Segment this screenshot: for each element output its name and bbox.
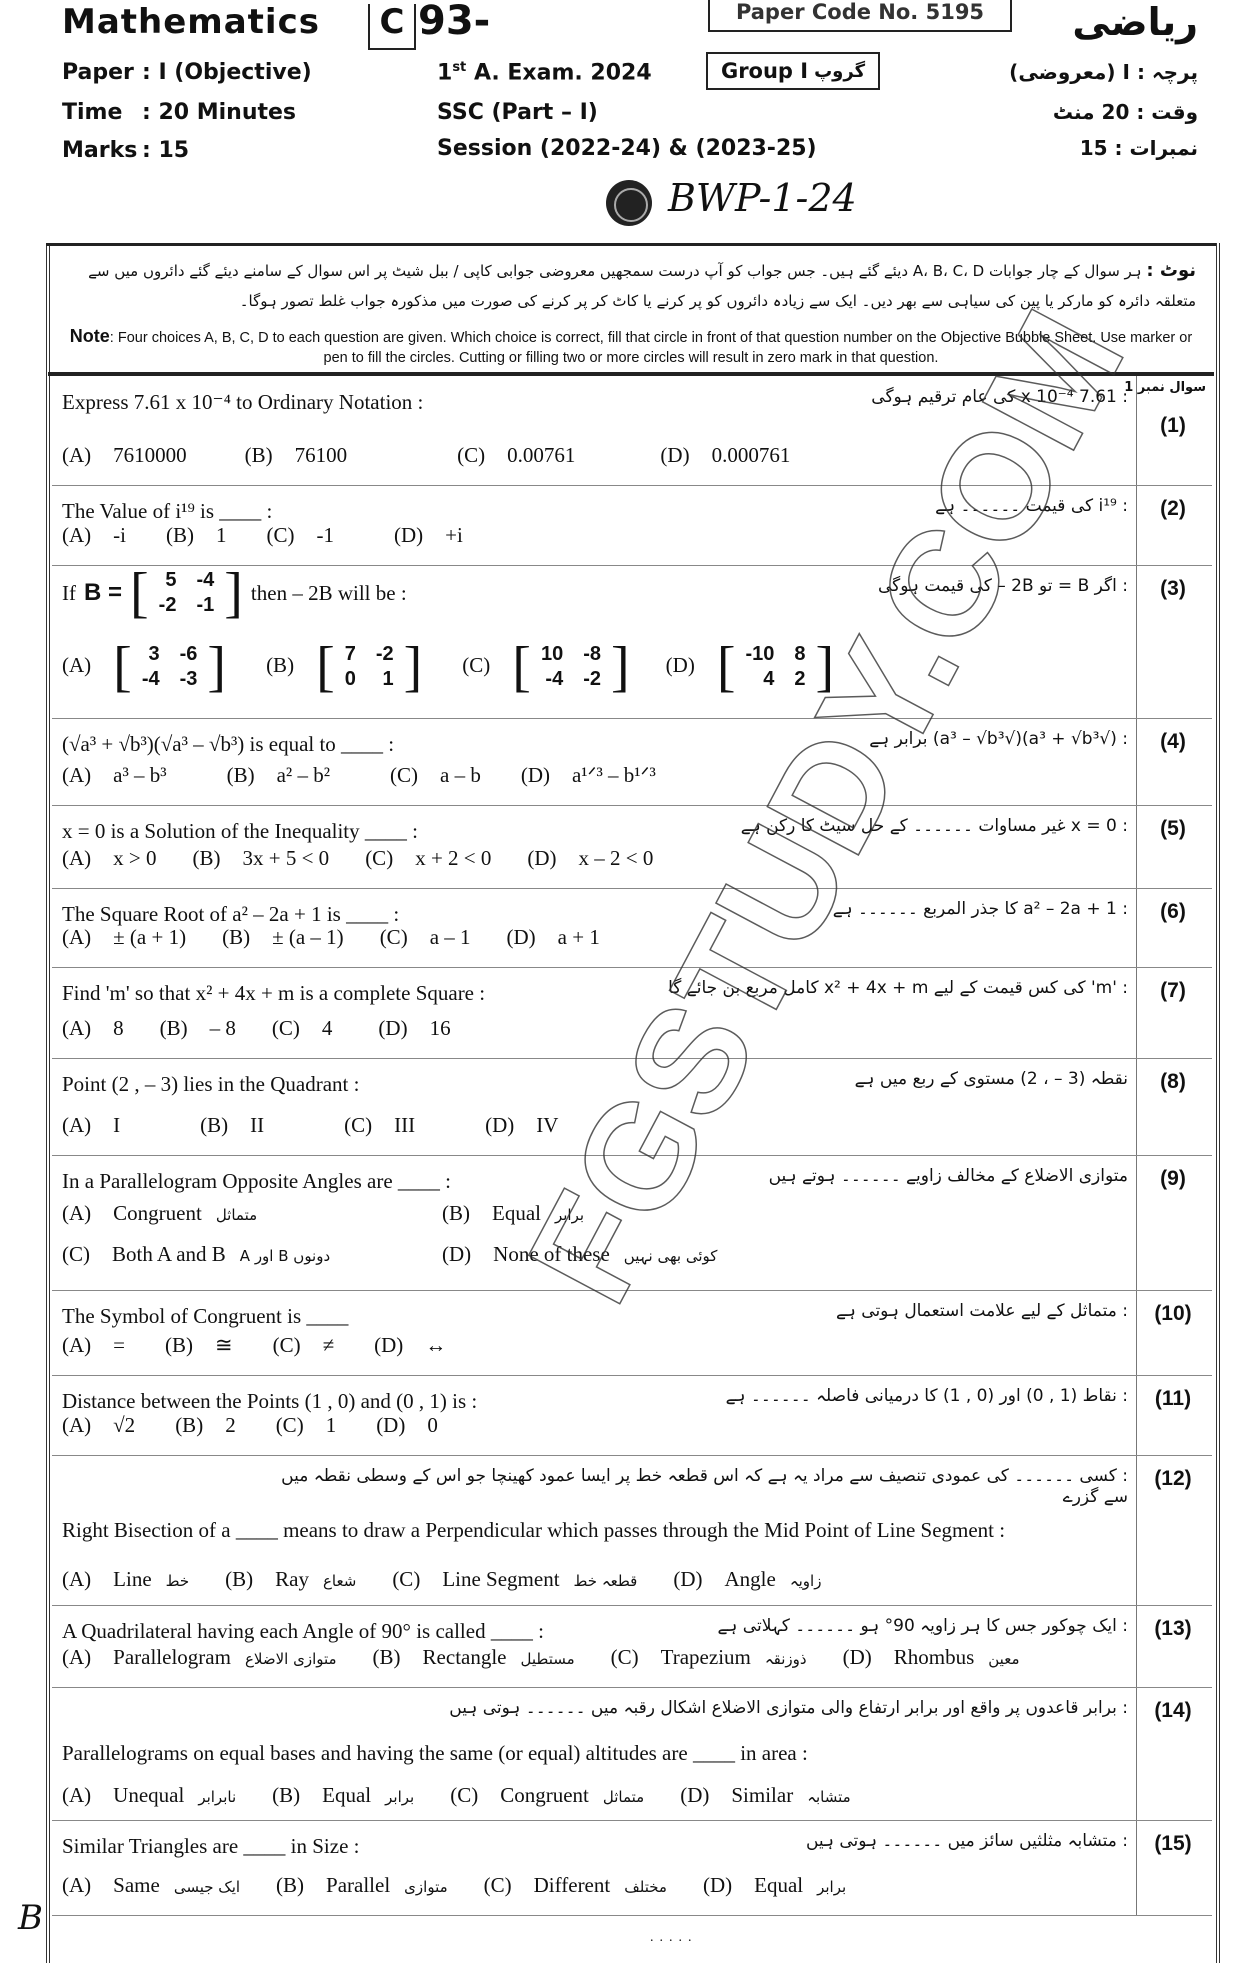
option-b: (B)76100 bbox=[245, 443, 348, 468]
question-number: (13) bbox=[1138, 1617, 1208, 1641]
question-urdu: : 7.61 x 10⁻⁴ کی عام ترقیم ہوگی bbox=[871, 386, 1128, 407]
option-b: (B)Rayشعاع bbox=[225, 1567, 356, 1592]
matrix: [-10842] bbox=[717, 639, 834, 695]
option-a: (A)[3-6-4-3] bbox=[62, 639, 226, 695]
handwritten-code: BWP-1-24 bbox=[668, 176, 857, 220]
option-c: (C)x + 2 < 0 bbox=[365, 846, 491, 871]
question-row: (13): ایک چوکور جس کا ہر زاویہ 90° ہو ۔۔… bbox=[52, 1605, 1212, 1688]
question-urdu: : نقاط (1 , 0) اور (0 , 1) کا درمیانی فا… bbox=[726, 1385, 1128, 1406]
question-row: (6): a² – 2a + 1 کا جذر المربع ۔۔۔۔۔۔ ہے… bbox=[52, 888, 1212, 968]
option-a: (A)Parallelogramمتوازی الاضلاع bbox=[62, 1645, 337, 1670]
question-row: (8)نقطہ (3 – ، 2) مستوی کے ربع میں ہےPoi… bbox=[52, 1058, 1212, 1156]
option-d: (D)0.000761 bbox=[660, 443, 790, 468]
instructions-box: نوٹ : ہر سوال کے چار جوابات A، B، C، D د… bbox=[52, 250, 1204, 368]
question-number: (1) bbox=[1138, 414, 1208, 438]
question-english: The Square Root of a² – 2a + 1 is ____ : bbox=[62, 902, 399, 927]
question-english: In a Parallelogram Opposite Angles are _… bbox=[62, 1169, 451, 1194]
option-a: (A)x > 0 bbox=[62, 846, 157, 871]
options: (A)± (a + 1)(B)± (a – 1)(C)a – 1(D)a + 1 bbox=[62, 925, 636, 950]
option-c: (C)III bbox=[344, 1113, 415, 1138]
option-c: (C)≠ bbox=[273, 1333, 335, 1358]
option-b: (B)2 bbox=[175, 1413, 236, 1438]
options: (A)Lineخط(B)Rayشعاع(C)Line Segmentقطعہ خ… bbox=[62, 1567, 857, 1592]
option-c: (C)0.00761 bbox=[457, 443, 575, 468]
matrix: [5-4-2-1] bbox=[130, 565, 243, 621]
option-b: (B)Equalبرابر bbox=[442, 1201, 822, 1226]
question-urdu: : کسی ۔۔۔۔۔۔ کی عمودی تنصیف سے مراد یہ ہ… bbox=[252, 1465, 1128, 1507]
question-urdu: : i¹⁹ کی قیمت ۔۔۔۔۔۔ ہے bbox=[935, 495, 1128, 516]
urdu-time-line: وقت : 20 منٹ bbox=[1053, 100, 1198, 124]
option-d: (D)Angleزاویہ bbox=[673, 1567, 821, 1592]
question-row: (14): برابر قاعدوں پر واقع اور برابر ارت… bbox=[52, 1687, 1212, 1821]
options: (A)-i(B)1(C)-1(D)+i bbox=[62, 523, 499, 548]
option-b: (B)Equalبرابر bbox=[272, 1783, 414, 1808]
frame-top-border bbox=[46, 243, 1216, 250]
question-number: (9) bbox=[1138, 1167, 1208, 1191]
option-b: (B)– 8 bbox=[160, 1016, 236, 1041]
question-urdu: : (√a³ + √b³)(√a³ – √b³) برابر ہے bbox=[869, 728, 1128, 749]
paper-line: Paper: I (Objective) bbox=[62, 60, 312, 85]
options: (A)x > 0(B)3x + 5 < 0(C)x + 2 < 0(D)x – … bbox=[62, 846, 689, 871]
board-seal-icon bbox=[606, 180, 652, 226]
option-b: (B)Parallelمتوازی bbox=[276, 1873, 448, 1898]
question-row: (10): متماثل کے لیے علامت استعمال ہوتی ہ… bbox=[52, 1290, 1212, 1376]
options: (A)Parallelogramمتوازی الاضلاع(B)Rectang… bbox=[62, 1645, 1055, 1670]
paper-code: Paper Code No. 5195 bbox=[708, 0, 1012, 32]
note-english: Note: Four choices A, B, C, D to each qu… bbox=[58, 326, 1204, 368]
option-d: (D)[-10842] bbox=[666, 639, 835, 695]
option-c: (C)[10-8-4-2] bbox=[462, 639, 629, 695]
option-d: (D)Rhombusمعین bbox=[843, 1645, 1020, 1670]
question-urdu: نقطہ (3 – ، 2) مستوی کے ربع میں ہے bbox=[855, 1068, 1128, 1089]
option-c: (C)Congruentمتماثل bbox=[450, 1783, 644, 1808]
option-c: (C)a – 1 bbox=[380, 925, 471, 950]
option-d: (D)16 bbox=[378, 1016, 450, 1041]
options: (A)=(B)≅(C)≠(D)↔ bbox=[62, 1333, 482, 1358]
question-number: (11) bbox=[1138, 1387, 1208, 1411]
question-number: (12) bbox=[1138, 1467, 1208, 1491]
option-c: (C)Differentمختلف bbox=[484, 1873, 667, 1898]
options: (A)√2(B)2(C)1(D)0 bbox=[62, 1413, 474, 1438]
urdu-subject-title: ریاضی bbox=[1072, 0, 1198, 44]
option-d: (D)a + 1 bbox=[507, 925, 600, 950]
urdu-marks-line: نمبرات : 15 bbox=[1080, 136, 1198, 160]
option-b: (B)[7-201] bbox=[266, 639, 422, 695]
question-number: (8) bbox=[1138, 1070, 1208, 1094]
option-d: (D)None of theseکوئی بھی نہیں bbox=[442, 1242, 822, 1267]
option-d: (D)0 bbox=[376, 1413, 438, 1438]
time-line: Time: 20 Minutes bbox=[62, 100, 296, 125]
option-a: (A)8 bbox=[62, 1016, 124, 1041]
group-box: Group I گروپ bbox=[706, 52, 880, 90]
options: (A)8(B)– 8(C)4(D)16 bbox=[62, 1016, 487, 1041]
option-c: (C)1 bbox=[276, 1413, 337, 1438]
option-d: (D)+i bbox=[394, 523, 463, 548]
question-number: (7) bbox=[1138, 979, 1208, 1003]
matrix: [3-6-4-3] bbox=[113, 639, 226, 695]
option-a: (A)√2 bbox=[62, 1413, 135, 1438]
question-row: (4): (√a³ + √b³)(√a³ – √b³) برابر ہے(√a³… bbox=[52, 718, 1212, 806]
question-row: (9)متوازی الاضلاع کے مخالف زاویے ۔۔۔۔۔۔ … bbox=[52, 1155, 1212, 1291]
question-number: (3) bbox=[1138, 577, 1208, 601]
option-c: (C)a – b bbox=[390, 763, 481, 788]
question-number: (6) bbox=[1138, 900, 1208, 924]
option-b: (B)Rectangleمستطیل bbox=[373, 1645, 575, 1670]
option-a: (A)Sameایک جیسی bbox=[62, 1873, 240, 1898]
option-d: (D)Equalبرابر bbox=[703, 1873, 846, 1898]
question-english: Parallelograms on equal bases and having… bbox=[62, 1741, 808, 1766]
option-a: (A)-i bbox=[62, 523, 126, 548]
question-english: Distance between the Points (1 , 0) and … bbox=[62, 1389, 477, 1414]
options: (A)a³ – b³(B)a² – b²(C)a – b(D)a¹ᐟ³ – b¹… bbox=[62, 763, 692, 788]
question-row: (2): i¹⁹ کی قیمت ۔۔۔۔۔۔ ہےThe Value of i… bbox=[52, 485, 1212, 566]
option-d: (D)↔ bbox=[374, 1333, 446, 1358]
options: (A)[3-6-4-3](B)[7-201](C)[10-8-4-2](D)[-… bbox=[62, 639, 870, 695]
option-c: (C)Trapeziumذوزنقہ bbox=[611, 1645, 807, 1670]
question-number: (5) bbox=[1138, 817, 1208, 841]
options: (A)7610000(B)76100(C)0.00761(D)0.000761 bbox=[62, 443, 826, 468]
margin-mark: B bbox=[18, 1898, 43, 1938]
question-number: (4) bbox=[1138, 730, 1208, 754]
question-english: A Quadrilateral having each Angle of 90°… bbox=[62, 1619, 544, 1644]
question-number: (14) bbox=[1138, 1699, 1208, 1723]
question-row: (1)سوال نمبر 1: 7.61 x 10⁻⁴ کی عام ترقیم… bbox=[52, 376, 1212, 486]
option-b: (B)II bbox=[200, 1113, 264, 1138]
urdu-paper-line: پرچہ : I (معروضی) bbox=[1009, 60, 1198, 84]
option-a: (A)a³ – b³ bbox=[62, 763, 167, 788]
option-b: (B)± (a – 1) bbox=[222, 925, 344, 950]
question-english: The Symbol of Congruent is ____ bbox=[62, 1304, 348, 1329]
option-b: (B)a² – b² bbox=[227, 763, 330, 788]
option-d: (D)IV bbox=[485, 1113, 558, 1138]
option-a: (A)Lineخط bbox=[62, 1567, 189, 1592]
question-row: (5): x = 0 غیر مساوات ۔۔۔۔۔۔ کے حل سیٹ ک… bbox=[52, 805, 1212, 889]
code-fragment: 93- bbox=[418, 0, 490, 44]
option-b: (B)≅ bbox=[165, 1333, 233, 1358]
matrix: [7-201] bbox=[316, 639, 422, 695]
option-a: (A)7610000 bbox=[62, 443, 187, 468]
option-d: (D)a¹ᐟ³ – b¹ᐟ³ bbox=[521, 763, 656, 788]
option-a: (A)Congruentمتماثل bbox=[62, 1201, 442, 1226]
end-dots: ..... bbox=[650, 1930, 698, 1946]
option-d: (D)x – 2 < 0 bbox=[527, 846, 653, 871]
option-a: (A)Unequalنابرابر bbox=[62, 1783, 236, 1808]
note-urdu: نوٹ : ہر سوال کے چار جوابات A، B، C، D د… bbox=[56, 256, 1196, 316]
question-english: (√a³ + √b³)(√a³ – √b³) is equal to ____ … bbox=[62, 732, 394, 757]
option-c: (C)-1 bbox=[266, 523, 334, 548]
options: (A)I(B)II(C)III(D)IV bbox=[62, 1113, 594, 1138]
question-urdu: : اگر B = تو 2B – کی قیمت ہوگی bbox=[878, 575, 1128, 596]
matrix: [10-8-4-2] bbox=[512, 639, 629, 695]
option-a: (A)I bbox=[62, 1113, 120, 1138]
question-english: Express 7.61 x 10⁻⁴ to Ordinary Notation… bbox=[62, 390, 423, 415]
exam-name: 1st A. Exam. 2024 bbox=[437, 60, 652, 85]
options: (A)Unequalنابرابر(B)Equalبرابر(C)Congrue… bbox=[62, 1783, 887, 1808]
question-number: (2) bbox=[1138, 497, 1208, 521]
option-c: (C)Both A and BA اور B دونوں bbox=[62, 1242, 442, 1267]
question-english: Right Bisection of a ____ means to draw … bbox=[62, 1509, 1122, 1551]
question-urdu: : برابر قاعدوں پر واقع اور برابر ارتفاع … bbox=[252, 1697, 1128, 1718]
option-a: (A)± (a + 1) bbox=[62, 925, 186, 950]
option-c: (C)Line Segmentقطعہ خط bbox=[392, 1567, 637, 1592]
question-urdu: : متماثل کے لیے علامت استعمال ہوتی ہے bbox=[836, 1300, 1128, 1321]
subject-title: Mathematics bbox=[62, 2, 320, 42]
question-english: Find 'm' so that x² + 4x + m is a comple… bbox=[62, 981, 485, 1006]
option-c: (C)4 bbox=[272, 1016, 333, 1041]
question-row: (3): اگر B = تو 2B – کی قیمت ہوگیIfB =[5… bbox=[52, 565, 1212, 719]
options: (A)Sameایک جیسی(B)Parallelمتوازی(C)Diffe… bbox=[62, 1873, 882, 1898]
question-number: (10) bbox=[1138, 1302, 1208, 1326]
question-row: (15): متشابہ مثلثیں سائز میں ۔۔۔۔۔۔ ہوتی… bbox=[52, 1820, 1212, 1916]
options: (A)Congruentمتماثل(B)Equalبرابر(C)Both A… bbox=[62, 1201, 822, 1267]
urdu-q-header: سوال نمبر 1 bbox=[1124, 380, 1206, 395]
question-number: (15) bbox=[1138, 1832, 1208, 1856]
option-a: (A)= bbox=[62, 1333, 125, 1358]
question-urdu: : a² – 2a + 1 کا جذر المربع ۔۔۔۔۔۔ ہے bbox=[833, 898, 1128, 919]
paper-letter-box: C bbox=[368, 4, 416, 50]
session: Session (2022-24) & (2023-25) bbox=[437, 136, 817, 161]
question-english: The Value of i¹⁹ is ____ : bbox=[62, 499, 272, 524]
option-d: (D)Similarمتشابہ bbox=[680, 1783, 850, 1808]
question-urdu: متوازی الاضلاع کے مخالف زاویے ۔۔۔۔۔۔ ہوت… bbox=[769, 1165, 1128, 1186]
question-urdu: : ایک چوکور جس کا ہر زاویہ 90° ہو ۔۔۔۔۔۔… bbox=[717, 1615, 1128, 1636]
question-row: (11): نقاط (1 , 0) اور (0 , 1) کا درمیان… bbox=[52, 1375, 1212, 1456]
question-urdu: : 'm' کی کس قیمت کے لیے x² + 4x + m کامل… bbox=[668, 977, 1128, 998]
marks-line: Marks: 15 bbox=[62, 138, 189, 163]
exam-level: SSC (Part – I) bbox=[437, 100, 598, 125]
question-urdu: : متشابہ مثلثیں سائز میں ۔۔۔۔۔۔ ہوتی ہیں bbox=[806, 1830, 1128, 1851]
question-english: Point (2 , – 3) lies in the Quadrant : bbox=[62, 1072, 359, 1097]
question-english: x = 0 is a Solution of the Inequality __… bbox=[62, 819, 418, 844]
question-english: IfB =[5-4-2-1]then – 2B will be : bbox=[62, 565, 407, 621]
option-b: (B)3x + 5 < 0 bbox=[193, 846, 330, 871]
option-b: (B)1 bbox=[166, 523, 227, 548]
question-english: Similar Triangles are ____ in Size : bbox=[62, 1834, 359, 1859]
question-row: (12): کسی ۔۔۔۔۔۔ کی عمودی تنصیف سے مراد … bbox=[52, 1455, 1212, 1606]
question-urdu: : x = 0 غیر مساوات ۔۔۔۔۔۔ کے حل سیٹ کا ر… bbox=[741, 815, 1128, 836]
question-row: (7): 'm' کی کس قیمت کے لیے x² + 4x + m ک… bbox=[52, 967, 1212, 1059]
